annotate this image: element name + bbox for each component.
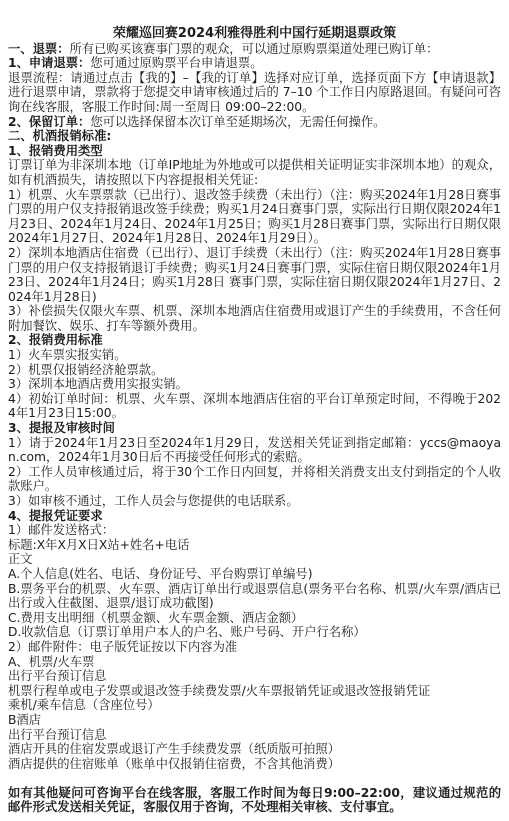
paragraph: A、机票/火车票	[8, 655, 501, 670]
paragraph: 标题:X年X月X日X站+姓名+电话	[8, 538, 501, 553]
paragraph: 1）邮件发送格式：	[8, 523, 501, 538]
paragraph: 如有其他疑问可咨询平台在线客服，客服工作时间为每日9:00–22:00，建议通过…	[8, 786, 501, 815]
paragraph: 3）补偿损失仅限火车票、机票、深圳本地酒店住宿费用或退订产生的手续费用，不含任何…	[8, 304, 501, 333]
paragraph: 正文	[8, 552, 501, 567]
paragraph: B.票务平台的机票、火车票、酒店订单出行或退票信息(票务平台名称、机票/火车票/…	[8, 582, 501, 611]
paragraph: 酒店提供的住宿账单（账单中仅报销住宿费，不含其他消费）	[8, 757, 501, 772]
paragraph: 退票流程：请通过点击【我的】–【我的订单】选择对应订单，选择页面下方【申请退款】…	[8, 71, 501, 115]
paragraph: 2）工作人员审核通过后，将于30个工作日内回复，并将相关消费支出支付到指定的个人…	[8, 465, 501, 494]
paragraph-lead: 1、申请退票：	[8, 56, 90, 70]
paragraph: 1）火车票实报实销。	[8, 348, 501, 363]
paragraph: 一、退票：所有已购买该赛事门票的观众，可以通过原购票渠道处理已购订单：	[8, 42, 501, 57]
blank-line	[8, 771, 501, 786]
paragraph: 2、保留订单：您可以选择保留本次订单至延期场次，无需任何操作。	[8, 115, 501, 130]
policy-document-page: 荣耀巡回赛2024利雅得胜利中国行延期退票政策 一、退票：所有已购买该赛事门票的…	[0, 0, 509, 821]
paragraph: 2、报销费用标准	[8, 333, 501, 348]
paragraph: 2）邮件附件：电子版凭证按以下内容为准	[8, 640, 501, 655]
paragraph: 1）机票、火车票票款（已出行）、退改签手续费（未出行）（注：购买2024年1月2…	[8, 188, 501, 246]
paragraph: 2）机票仅报销经济舱票款。	[8, 363, 501, 378]
paragraph: A.个人信息(姓名、电话、身份证号、平台购票订单编号)	[8, 567, 501, 582]
paragraph: 出行平台预订信息	[8, 728, 501, 743]
paragraph-lead: 一、退票：	[8, 42, 70, 56]
paragraph: 4）初始订单时间：机票、火车票、深圳本地酒店住宿的平台订单预定时间，不得晚于20…	[8, 392, 501, 421]
page-title: 荣耀巡回赛2024利雅得胜利中国行延期退票政策	[8, 27, 501, 42]
paragraph: 订票订单为非深圳本地（订单IP地址为外地或可以提供相关证明证实非深圳本地）的观众…	[8, 158, 501, 187]
paragraph: B酒店	[8, 713, 501, 728]
paragraph: 3）如审核不通过，工作人员会与您提供的电话联系。	[8, 494, 501, 509]
paragraph: 2）深圳本地酒店住宿费（已出行）、退订手续费（未出行）（注：购买2024年1月2…	[8, 246, 501, 304]
paragraph: 乘机/乘车信息（含座位号）	[8, 698, 501, 713]
paragraph: D.收款信息（订票订单用户本人的户名、账户号码、开户行名称）	[8, 625, 501, 640]
paragraph: 1）请于2024年1月23日至2024年1月29日，发送相关凭证到指定邮箱：yc…	[8, 436, 501, 465]
document-body: 一、退票：所有已购买该赛事门票的观众，可以通过原购票渠道处理已购订单：1、申请退…	[8, 42, 501, 815]
paragraph: 酒店开具的住宿发票或退订产生手续费发票（纸质版可拍照）	[8, 742, 501, 757]
paragraph: 4、提报凭证要求	[8, 509, 501, 524]
paragraph: 二、机酒报销标准:	[8, 129, 501, 144]
paragraph: 3）深圳本地酒店费用实报实销。	[8, 377, 501, 392]
paragraph: C.费用支出明细（机票金额、火车票金额、酒店金额）	[8, 611, 501, 626]
paragraph: 1、报销费用类型	[8, 144, 501, 159]
paragraph: 1、申请退票：您可通过原购票平台申请退票。	[8, 56, 501, 71]
paragraph-lead: 2、保留订单：	[8, 115, 90, 129]
paragraph: 机票行程单或电子发票或退改签手续费发票/火车票报销凭证或退改签报销凭证	[8, 684, 501, 699]
paragraph: 出行平台预订信息	[8, 669, 501, 684]
paragraph: 3、提报及审核时间	[8, 421, 501, 436]
